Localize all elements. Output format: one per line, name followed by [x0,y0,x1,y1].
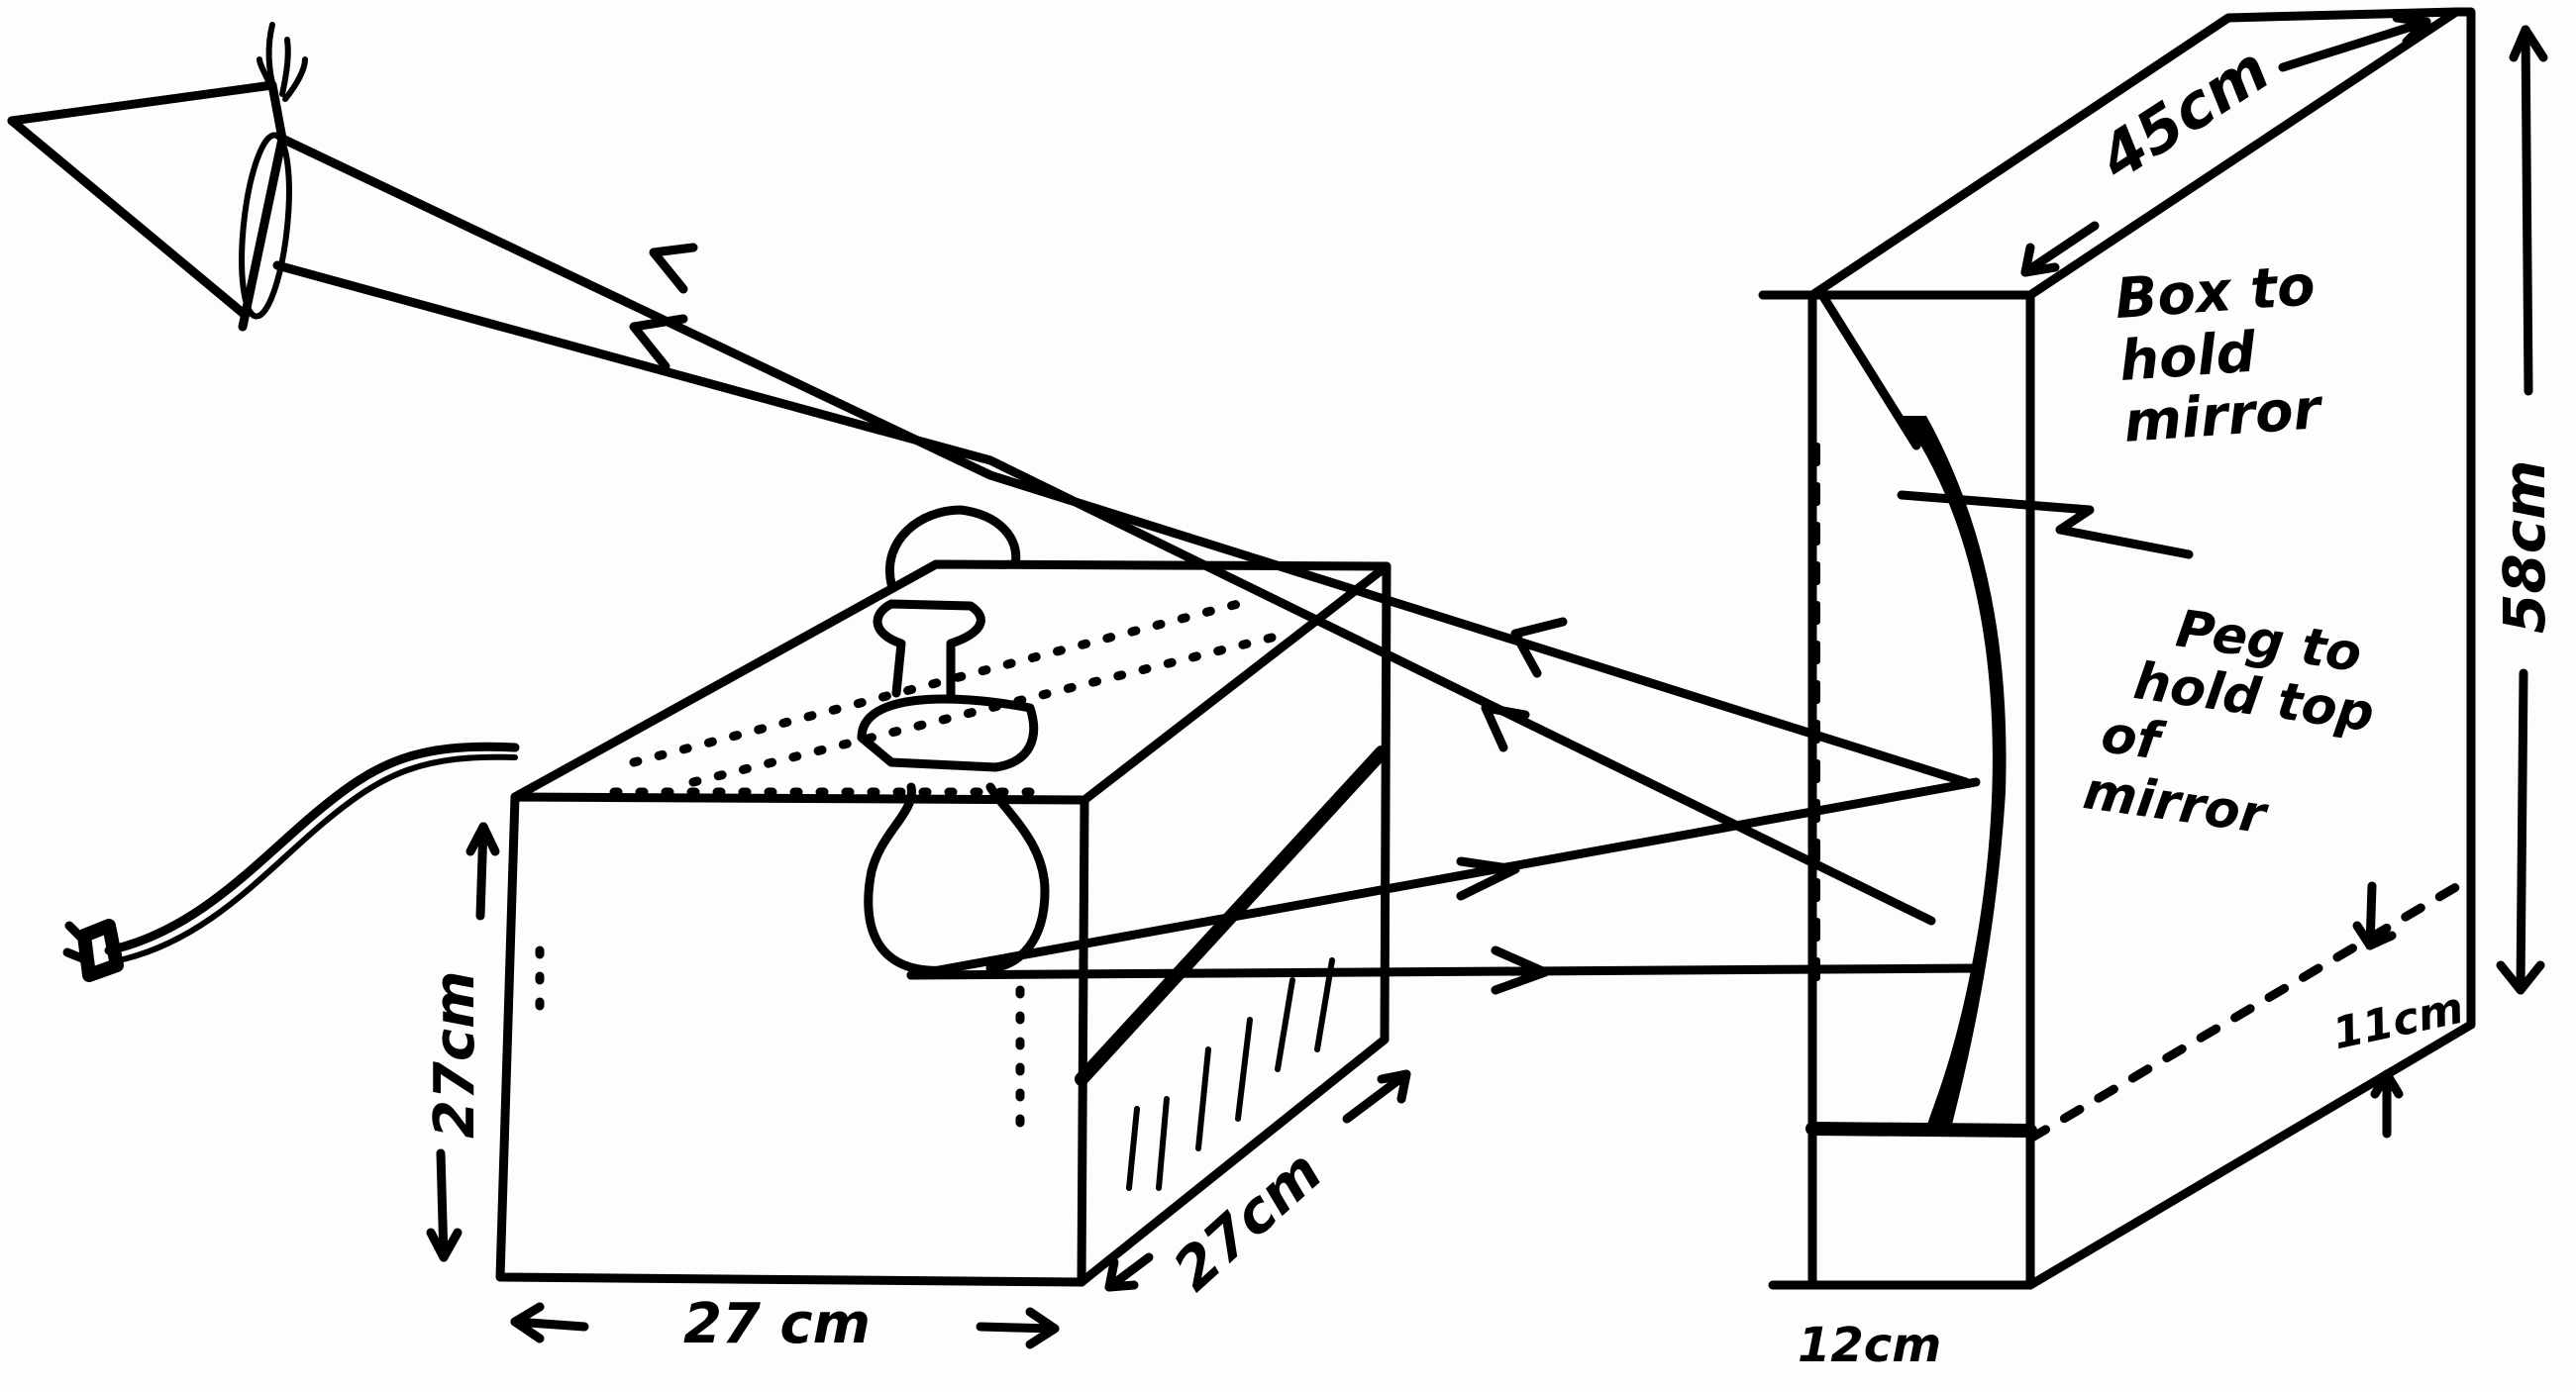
lamp-box-height-label: 27cm [428,971,483,1139]
diagram-canvas: 45cm 58cm 12cm 11cm 27cm 27 cm 27cm Box … [0,0,2576,1392]
light-bulb-icon [862,510,1045,970]
mirror-box-width-label: 12cm [1798,1322,1941,1369]
peg-note: Peg to hold top of mirror [2080,591,2385,857]
power-cord [67,746,515,975]
lamp-box-width-label: 27 cm [683,1297,871,1352]
observer-eye-icon [12,25,305,327]
mirror-box-height-label: 58cm [2496,459,2553,634]
mirror-box-note: Box to hold mirror [2113,255,2326,455]
